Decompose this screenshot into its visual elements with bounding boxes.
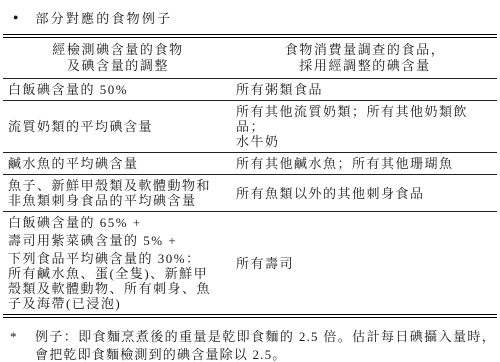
cell-tested-food: 流質奶類的平均碘含量 (3, 119, 233, 134)
document-page: ● 部分對應的食物例子 經檢測碘含量的食物 及碘含量的調整 食物消費量調查的食品… (0, 0, 500, 362)
header-line: 經檢測碘含量的食物 (3, 42, 233, 58)
cell-tested-food: 鹹水魚的平均碘含量 (3, 156, 233, 171)
cell-tested-food: 白飯碘含量的 65% + 壽司用紫菜碘含量的 5% + 下列食品平均碘含量的 3… (3, 215, 233, 311)
cell-line: 所有鹹水魚、蛋(全隻)、新鮮甲 (8, 266, 233, 281)
footnote-line: 會把乾即食麵檢測到的碘含量除以 2.5。 (35, 346, 496, 362)
cell-line: 所有魚類以外的其他刺身食品 (236, 186, 495, 201)
table-row: 白飯碘含量的 50% 所有粥類食品 (3, 79, 497, 101)
footnote-text: 例子：即食麵烹煮後的重量是乾即食麵的 2.5 倍。估計每日碘攝入量時， 會把乾即… (35, 328, 496, 362)
header-tested-food-column: 經檢測碘含量的食物 及碘含量的調整 (3, 42, 233, 74)
cell-line: 水牛奶 (236, 134, 495, 149)
cell-survey-food: 所有其他流質奶類；所有其他奶類飲品； 水牛奶 (233, 104, 497, 149)
cell-line: 所有壽司 (236, 256, 495, 271)
cell-line: 所有其他流質奶類；所有其他奶類飲品； (236, 104, 495, 134)
header-line: 食物消費量調查的食品， (233, 42, 497, 58)
cell-survey-food: 所有粥類食品 (233, 82, 497, 97)
table-row: 白飯碘含量的 65% + 壽司用紫菜碘含量的 5% + 下列食品平均碘含量的 3… (3, 212, 497, 314)
cell-tested-food: 白飯碘含量的 50% (3, 82, 233, 97)
footnote: * 例子：即食麵烹煮後的重量是乾即食麵的 2.5 倍。估計每日碘攝入量時， 會把… (10, 328, 496, 362)
cell-line: 所有其他鹹水魚；所有其他珊瑚魚 (236, 156, 495, 171)
cell-line: 子及海帶(已浸泡) (8, 296, 233, 311)
footnote-line: 例子：即食麵烹煮後的重量是乾即食麵的 2.5 倍。估計每日碘攝入量時， (35, 328, 496, 346)
cell-survey-food: 所有魚類以外的其他刺身食品 (233, 186, 497, 201)
food-mapping-table: 經檢測碘含量的食物 及碘含量的調整 食物消費量調查的食品， 採用經調整的碘含量 … (3, 34, 497, 318)
section-title: 部分對應的食物例子 (35, 8, 172, 27)
cell-line: 白飯碘含量的 50% (8, 82, 233, 97)
section-heading: ● 部分對應的食物例子 (0, 0, 500, 26)
cell-survey-food: 所有其他鹹水魚；所有其他珊瑚魚 (233, 156, 497, 171)
header-survey-food-column: 食物消費量調查的食品， 採用經調整的碘含量 (233, 42, 497, 74)
cell-line: 白飯碘含量的 65% + (8, 215, 233, 230)
cell-line: 殼類及軟體動物、所有刺身、魚 (8, 281, 233, 296)
header-line: 及碘含量的調整 (3, 58, 233, 74)
table-row: 魚子、新鮮甲殼類及軟體動物和 非魚類刺身食品的平均碘含量 所有魚類以外的其他刺身… (3, 175, 497, 212)
cell-tested-food: 魚子、新鮮甲殼類及軟體動物和 非魚類刺身食品的平均碘含量 (3, 178, 233, 208)
bullet-icon: ● (13, 8, 18, 26)
cell-line: 下列食品平均碘含量的 30%： (8, 251, 233, 266)
cell-line: 鹹水魚的平均碘含量 (8, 156, 233, 171)
cell-line: 魚子、新鮮甲殼類及軟體動物和 (8, 178, 233, 193)
footnote-marker: * (10, 328, 35, 362)
table-row: 鹹水魚的平均碘含量 所有其他鹹水魚；所有其他珊瑚魚 (3, 153, 497, 175)
table-row: 流質奶類的平均碘含量 所有其他流質奶類；所有其他奶類飲品； 水牛奶 (3, 101, 497, 153)
table-header-row: 經檢測碘含量的食物 及碘含量的調整 食物消費量調查的食品， 採用經調整的碘含量 (3, 38, 497, 79)
cell-line: 非魚類刺身食品的平均碘含量 (8, 193, 233, 208)
cell-line: 所有粥類食品 (236, 82, 495, 97)
cell-survey-food: 所有壽司 (233, 256, 497, 271)
cell-line: 流質奶類的平均碘含量 (8, 119, 233, 134)
cell-line: 壽司用紫菜碘含量的 5% + (8, 233, 233, 248)
header-line: 採用經調整的碘含量 (233, 58, 497, 74)
